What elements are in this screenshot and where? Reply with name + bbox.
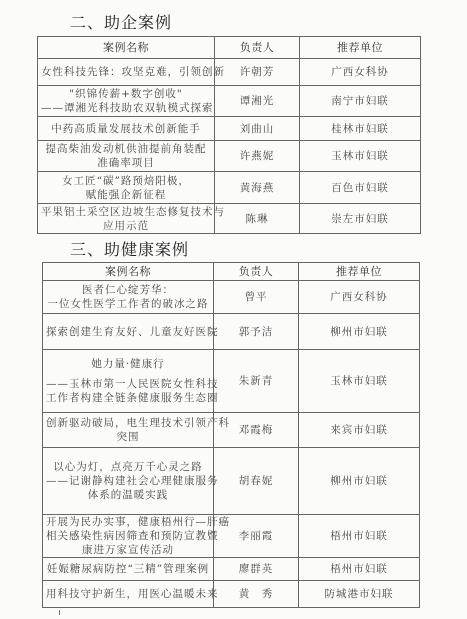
column-header-person: 负责人 bbox=[215, 37, 300, 59]
case-name: 医者仁心绽芳华： 一位女性医学工作者的破冰之路 bbox=[43, 281, 214, 314]
table-row: 探索创建生育友好、儿童友好医院 郭予洁 柳州市妇联 bbox=[43, 314, 420, 350]
case-name: 开展为民办实事，健康梧州行—肝癌 相关感染性病因筛查和预防宣教暨 康进万家宣传活… bbox=[43, 515, 214, 558]
case-name: 创新驱动破局，电生理技术引领产科 突围 bbox=[43, 413, 214, 448]
person-in-charge: 许朝芳 bbox=[215, 59, 300, 86]
table-row: 创新驱动破局，电生理技术引领产科 突围 邓霞梅 来宾市妇联 bbox=[43, 413, 420, 448]
column-header-person: 负责人 bbox=[214, 263, 299, 281]
recommending-unit: 防城港市妇联 bbox=[299, 581, 420, 608]
recommending-unit: 来宾市妇联 bbox=[299, 413, 420, 448]
column-header-unit: 推荐单位 bbox=[300, 37, 421, 59]
person-in-charge: 黄 秀 bbox=[214, 581, 299, 608]
person-in-charge: 谭湘光 bbox=[215, 86, 300, 117]
table-row: 提高柴油发动机供油提前角装配 准确率项目 许燕妮 玉林市妇联 bbox=[38, 141, 421, 172]
recommending-unit: 南宁市妇联 bbox=[300, 86, 421, 117]
recommending-unit: 柳州市妇联 bbox=[299, 314, 420, 350]
person-in-charge: 黄海燕 bbox=[215, 172, 300, 204]
table-row: 她力量·健康行 ——玉林市第一人民医院女性科技 工作者构建全链条健康服务生态圈 … bbox=[43, 350, 420, 413]
recommending-unit: 广西女科协 bbox=[300, 59, 421, 86]
person-in-charge: 朱新青 bbox=[214, 350, 299, 413]
case-name: 平果铝土采空区边坡生态修复技术与 应用示范 bbox=[38, 204, 215, 234]
section-title-health: 三、助健康案例 bbox=[70, 237, 189, 260]
recommending-unit: 玉林市妇联 bbox=[299, 350, 420, 413]
recommending-unit: 崇左市妇联 bbox=[300, 204, 421, 234]
recommending-unit: 广西女科协 bbox=[299, 281, 420, 314]
health-cases-table: 案例名称 负责人 推荐单位 医者仁心绽芳华： 一位女性医学工作者的破冰之路 曾平… bbox=[42, 262, 420, 608]
case-name: 提高柴油发动机供油提前角装配 准确率项目 bbox=[38, 141, 215, 172]
person-in-charge: 陈琳 bbox=[215, 204, 300, 234]
table-row: 中药高质量发展技术创新能手 刘曲山 桂林市妇联 bbox=[38, 117, 421, 141]
table-row: 平果铝土采空区边坡生态修复技术与 应用示范 陈琳 崇左市妇联 bbox=[38, 204, 421, 234]
table-row: 女性科技先锋：攻坚克难，引领创新 许朝芳 广西女科协 bbox=[38, 59, 421, 86]
recommending-unit: 玉林市妇联 bbox=[300, 141, 421, 172]
case-name: 她力量·健康行 ——玉林市第一人民医院女性科技 工作者构建全链条健康服务生态圈 bbox=[43, 350, 214, 413]
table-row: 用科技守护新生，用医心温暖未来 黄 秀 防城港市妇联 bbox=[43, 581, 420, 608]
case-name: 用科技守护新生，用医心温暖未来 bbox=[43, 581, 214, 608]
person-in-charge: 胡春妮 bbox=[214, 448, 299, 515]
case-name: 妊娠糖尿病防控“三精”管理案例 bbox=[43, 558, 214, 581]
table-header-row: 案例名称 负责人 推荐单位 bbox=[43, 263, 420, 281]
table-row: 开展为民办实事，健康梧州行—肝癌 相关感染性病因筛查和预防宣教暨 康进万家宣传活… bbox=[43, 515, 420, 558]
recommending-unit: 桂林市妇联 bbox=[300, 117, 421, 141]
recommending-unit: 梧州市妇联 bbox=[299, 515, 420, 558]
page-mark bbox=[59, 610, 60, 615]
case-name: 女工匠“碳”路预焙阳极， 赋能强企新征程 bbox=[38, 172, 215, 204]
case-name: "织锦传薪+数字创收" ——谭湘光科技助农双轨模式探索 bbox=[38, 86, 215, 117]
case-name: 女性科技先锋：攻坚克难，引领创新 bbox=[38, 59, 215, 86]
person-in-charge: 廖群英 bbox=[214, 558, 299, 581]
column-header-case-name: 案例名称 bbox=[43, 263, 214, 281]
recommending-unit: 百色市妇联 bbox=[300, 172, 421, 204]
table-row: "织锦传薪+数字创收" ——谭湘光科技助农双轨模式探索 谭湘光 南宁市妇联 bbox=[38, 86, 421, 117]
section-title-enterprise: 二、助企案例 bbox=[70, 10, 172, 33]
table-row: 妊娠糖尿病防控“三精”管理案例 廖群英 梧州市妇联 bbox=[43, 558, 420, 581]
person-in-charge: 郭予洁 bbox=[214, 314, 299, 350]
person-in-charge: 曾平 bbox=[214, 281, 299, 314]
table-row: 女工匠“碳”路预焙阳极， 赋能强企新征程 黄海燕 百色市妇联 bbox=[38, 172, 421, 204]
column-header-case-name: 案例名称 bbox=[38, 37, 215, 59]
recommending-unit: 柳州市妇联 bbox=[299, 448, 420, 515]
enterprise-cases-table: 案例名称 负责人 推荐单位 女性科技先锋：攻坚克难，引领创新 许朝芳 广西女科协… bbox=[37, 36, 421, 234]
table-row: 以心为灯，点亮万千心灵之路 ——记谢静构建社会心理健康服务 体系的温暖实践 胡春… bbox=[43, 448, 420, 515]
recommending-unit: 梧州市妇联 bbox=[299, 558, 420, 581]
person-in-charge: 刘曲山 bbox=[215, 117, 300, 141]
case-name: 探索创建生育友好、儿童友好医院 bbox=[43, 314, 214, 350]
table-header-row: 案例名称 负责人 推荐单位 bbox=[38, 37, 421, 59]
column-header-unit: 推荐单位 bbox=[299, 263, 420, 281]
person-in-charge: 许燕妮 bbox=[215, 141, 300, 172]
table-row: 医者仁心绽芳华： 一位女性医学工作者的破冰之路 曾平 广西女科协 bbox=[43, 281, 420, 314]
case-name: 中药高质量发展技术创新能手 bbox=[38, 117, 215, 141]
case-name: 以心为灯，点亮万千心灵之路 ——记谢静构建社会心理健康服务 体系的温暖实践 bbox=[43, 448, 214, 515]
